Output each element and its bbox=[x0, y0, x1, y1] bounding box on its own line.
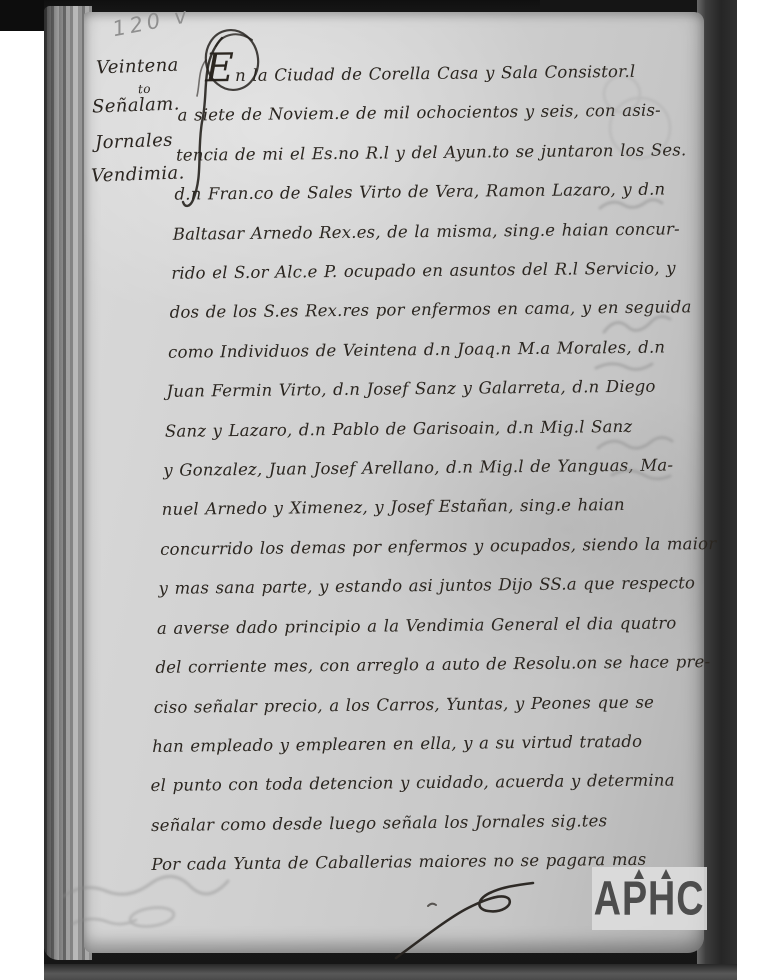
manuscript-line: el punto con toda detencion y cuidado, a… bbox=[150, 761, 632, 805]
manuscript-line: d.n Fran.co de Sales Virto de Vera, Ramo… bbox=[144, 170, 626, 214]
manuscript-photo: 120 v Veintena to Señalam. Jornales Vend… bbox=[0, 0, 757, 980]
manuscript-line: dos de los S.es Rex.res por enfermos en … bbox=[145, 288, 627, 332]
aphc-watermark-logo: APHC bbox=[592, 867, 707, 930]
pen-nib-icon bbox=[661, 869, 671, 879]
photo-corner-shadow bbox=[0, 0, 44, 31]
manuscript-line: y mas sana parte, y estando asi juntos D… bbox=[148, 564, 630, 608]
body-text: En la Ciudad de Corella Casa y Sala Cons… bbox=[143, 52, 634, 885]
manuscript-line: Por cada Yunta de Caballerias maiores no… bbox=[151, 840, 633, 884]
manuscript-line: Sanz y Lazaro, d.n Pablo de Garisoain, d… bbox=[147, 407, 629, 451]
manuscript-line: ciso señalar precio, a los Carros, Yunta… bbox=[150, 682, 632, 726]
manuscript-line: Baltasar Arnedo Rex.es, de la misma, sin… bbox=[145, 210, 627, 254]
manuscript-line: a averse dado principio a la Vendimia Ge… bbox=[149, 604, 631, 648]
manuscript-line: tencia de mi el Es.no R.l y del Ayun.to … bbox=[144, 131, 626, 175]
manuscript-line: señalar como desde luego señala los Jorn… bbox=[151, 801, 633, 845]
manuscript-line: como Individuos de Veintena d.n Joaq.n M… bbox=[146, 328, 628, 372]
aphc-watermark-text: APHC bbox=[594, 871, 705, 926]
pen-nib-icon bbox=[634, 869, 644, 879]
manuscript-line: Juan Fermin Virto, d.n Josef Sanz y Gala… bbox=[146, 367, 628, 411]
manuscript-line: han empleado y emplearen en ella, y a su… bbox=[150, 722, 632, 766]
manuscript-line: nuel Arnedo y Ximenez, y Josef Estañan, … bbox=[148, 485, 630, 529]
manuscript-line: rido el S.or Alc.e P. ocupado en asuntos… bbox=[145, 249, 627, 293]
manuscript-line: concurrido los demas por enfermos y ocup… bbox=[148, 525, 630, 569]
manuscript-line: del corriente mes, con arreglo a auto de… bbox=[149, 643, 631, 687]
manuscript-line: a siete de Noviem.e de mil ochocientos y… bbox=[143, 91, 625, 135]
book-bottom-edge bbox=[44, 964, 737, 980]
manuscript-line: En la Ciudad de Corella Casa y Sala Cons… bbox=[143, 52, 625, 96]
manuscript-line: y Gonzalez, Juan Josef Arellano, d.n Mig… bbox=[147, 446, 629, 490]
